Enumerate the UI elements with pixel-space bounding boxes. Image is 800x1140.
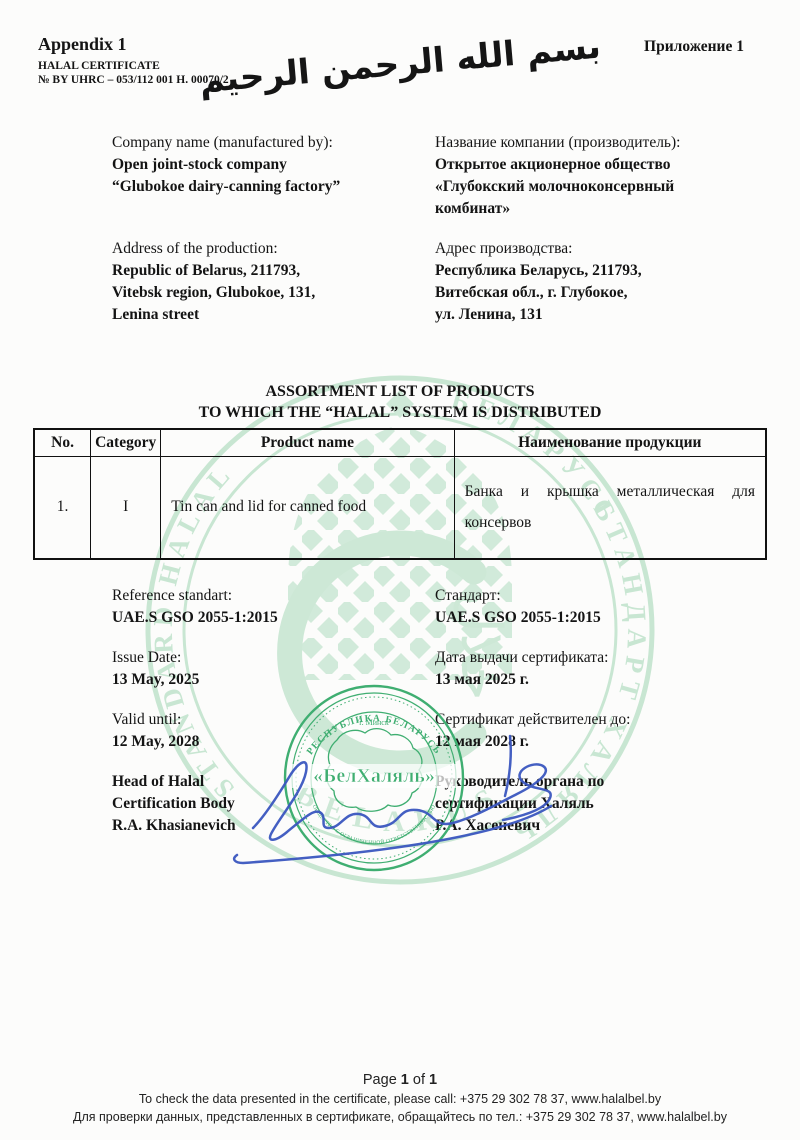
- assortment-title-line1: ASSORTMENT LIST OF PRODUCTS: [0, 381, 800, 402]
- address-en-line2: Vitebsk region, Glubokoe, 131,: [112, 282, 435, 304]
- company-name-ru-line1: Открытое акционерное общество: [435, 154, 744, 176]
- table-header-category: Category: [91, 429, 161, 456]
- company-name-ru-line3: комбинат»: [435, 198, 744, 220]
- address-label-en: Address of the production:: [112, 238, 435, 260]
- address-ru-line3: ул. Ленина, 131: [435, 304, 744, 326]
- address-en-line3: Lenina street: [112, 304, 435, 326]
- assortment-title-line2: TO WHICH THE “HALAL” SYSTEM IS DISTRIBUT…: [0, 402, 800, 423]
- certificate-page: STANDARD HALAL БЕЛАРУСЬ СТАНДАРТ ХАЛЯЛЬ …: [0, 0, 800, 1140]
- standard-value-ru: UAE.S GSO 2055-1:2015: [435, 607, 744, 629]
- appendix-title-ru: Приложение 1: [644, 38, 744, 56]
- address-ru-line2: Витебская обл., г. Глубокое,: [435, 282, 744, 304]
- company-label-ru: Название компании (производитель):: [435, 132, 744, 154]
- table-header-row: No. Category Product name Наименование п…: [34, 429, 766, 456]
- issue-date-label-ru: Дата выдачи сертификата:: [435, 647, 744, 669]
- address-ru-line1: Республика Беларусь, 211793,: [435, 260, 744, 282]
- page-of-label: of: [413, 1072, 425, 1088]
- signature-stroke-underline: [234, 806, 551, 863]
- page-total: 1: [429, 1072, 437, 1088]
- signature-stroke-main: [253, 762, 551, 839]
- table-header-product-en: Product name: [161, 429, 454, 456]
- footer-contact-ru: Для проверки данных, представленных в се…: [0, 1109, 800, 1127]
- bismillah-calligraphy: بسم الله الرحمن الرحيم: [195, 0, 605, 131]
- company-name-en-line2: “Glubokoe dairy-canning factory”: [112, 176, 435, 198]
- page-number: 1: [401, 1072, 409, 1088]
- reference-standard-label: Reference standart:: [112, 585, 435, 607]
- footer-contact-en: To check the data presented in the certi…: [0, 1091, 800, 1109]
- signature: [213, 720, 585, 872]
- address-section: Address of the production: Republic of B…: [112, 238, 744, 326]
- company-name-en-line1: Open joint-stock company: [112, 154, 435, 176]
- row-category: I: [91, 456, 161, 559]
- page-label: Page: [363, 1072, 397, 1088]
- products-table: No. Category Product name Наименование п…: [33, 428, 767, 560]
- signature-stroke-ascender: [505, 736, 511, 796]
- footer: Page 1 of 1 To check the data presented …: [0, 1072, 800, 1126]
- company-section: Company name (manufactured by): Open joi…: [112, 132, 744, 220]
- issue-date-label: Issue Date:: [112, 647, 435, 669]
- row-product-ru: Банка и крышка металлическая для консерв…: [454, 456, 766, 559]
- address-label-ru: Адрес производства:: [435, 238, 744, 260]
- row-number: 1.: [34, 456, 91, 559]
- company-name-ru-line2: «Глубокский молочноконсервный: [435, 176, 744, 198]
- table-header-product-ru: Наименование продукции: [454, 429, 766, 456]
- assortment-title: ASSORTMENT LIST OF PRODUCTS TO WHICH THE…: [0, 381, 800, 423]
- page-indicator: Page 1 of 1: [0, 1072, 800, 1088]
- table-header-no: No.: [34, 429, 91, 456]
- reference-standard-value: UAE.S GSO 2055-1:2015: [112, 607, 435, 629]
- standard-label-ru: Стандарт:: [435, 585, 744, 607]
- table-row: 1. I Tin can and lid for canned food Бан…: [34, 456, 766, 559]
- issue-date-value-ru: 13 мая 2025 г.: [435, 669, 744, 691]
- address-en-line1: Republic of Belarus, 211793,: [112, 260, 435, 282]
- company-label-en: Company name (manufactured by):: [112, 132, 435, 154]
- row-product-en: Tin can and lid for canned food: [161, 456, 454, 559]
